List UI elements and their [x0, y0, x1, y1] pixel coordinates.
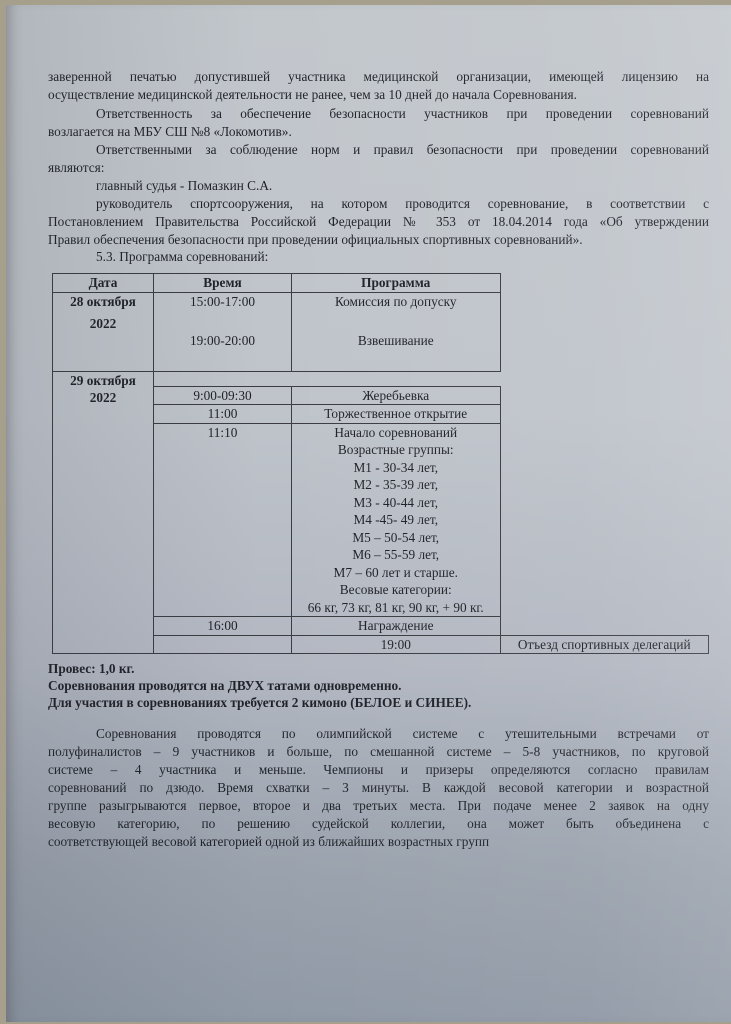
- table-header-row: Дата Время Программа: [53, 274, 709, 293]
- program-line: Возрастные группы:: [294, 441, 498, 459]
- time-value: 15:00-17:00: [156, 293, 289, 311]
- document-page: заверенной печатью допустившей участника…: [6, 5, 731, 1022]
- program-line: Весовые категории:: [294, 581, 498, 599]
- text-line: соответствующей весовой категорией одной…: [48, 833, 709, 850]
- program-cell: Комиссия по допуску Взвешивание: [292, 292, 501, 371]
- program-value: Комиссия по допуску: [294, 293, 498, 311]
- text-line: Ответственность за обеспечение безопасно…: [96, 105, 709, 122]
- age-group: М6 – 55-59 лет,: [294, 546, 498, 564]
- program-cell: Отъезд спортивных делегаций: [500, 635, 709, 654]
- date-day: 28 октября: [55, 293, 151, 311]
- date-day: 29 октября: [55, 372, 151, 390]
- time-cell: 11:10: [154, 423, 292, 617]
- time-cell: 9:00-09:30: [154, 386, 292, 405]
- time-cell: 19:00: [292, 635, 501, 654]
- program-line: Начало соревнований: [294, 424, 498, 442]
- text-line: Правил обеспечения безопасности при пров…: [48, 231, 709, 248]
- time-cell: 15:00-17:00 19:00-20:00: [154, 292, 292, 371]
- program-value: Взвешивание: [294, 332, 498, 350]
- time-cell: 16:00: [154, 617, 292, 636]
- note-line: Соревнования проводятся на ДВУХ татами о…: [48, 677, 401, 694]
- text-line: Ответственными за соблюдение норм и прав…: [96, 141, 709, 158]
- table-row: 28 октября 2022 15:00-17:00 19:00-20:00 …: [53, 292, 709, 371]
- header-time: Время: [154, 274, 292, 293]
- date-cell: 29 октября 2022: [53, 371, 154, 654]
- time-cell: 11:00: [154, 405, 292, 424]
- text-line: соревнований по дзюдо. Время схватки – 3…: [48, 779, 709, 796]
- text-line: Постановлением Правительства Российской …: [48, 213, 709, 230]
- chief-judge-line: главный судья - Помазкин С.А.: [96, 177, 709, 194]
- header-program: Программа: [292, 274, 501, 293]
- text-line: полуфиналистов – 9 участников и больше, …: [48, 743, 709, 760]
- text-line: являются:: [48, 159, 709, 176]
- text-line: группе разыгрываются первое, второе и дв…: [48, 797, 709, 814]
- table-row: 29 октября 2022: [53, 371, 709, 386]
- time-value: 19:00-20:00: [156, 332, 289, 350]
- age-group: М5 – 50-54 лет,: [294, 529, 498, 547]
- date-year: 2022: [55, 315, 151, 333]
- date-cell: 28 октября 2022: [53, 292, 154, 371]
- age-group: М3 - 40-44 лет,: [294, 494, 498, 512]
- program-cell: Начало соревнований Возрастные группы: М…: [292, 423, 501, 617]
- text-line: системе – 4 участника и меньше. Чемпионы…: [48, 761, 709, 778]
- text-line: осуществление медицинской деятельности н…: [48, 86, 709, 103]
- date-year: 2022: [55, 389, 151, 407]
- program-cell: Награждение: [292, 617, 501, 636]
- text-line: руководитель спортсооружения, на котором…: [96, 195, 709, 212]
- text-line: заверенной печатью допустившей участника…: [48, 68, 709, 85]
- text-line: возлагается на МБУ СШ №8 «Локомотив».: [48, 123, 709, 140]
- note-line: Для участия в соревнованиях требуется 2 …: [48, 694, 471, 711]
- text-line: Соревнования проводятся по олимпийской с…: [96, 725, 709, 742]
- program-table: Дата Время Программа 28 октября 2022 15:…: [52, 273, 709, 654]
- text-line: весовую категорию, по решению судейской …: [48, 815, 709, 832]
- date-cell-continued: [154, 635, 292, 654]
- header-date: Дата: [53, 274, 154, 293]
- spacer-cell: [154, 371, 501, 386]
- note-line: Провес: 1,0 кг.: [48, 660, 134, 677]
- age-group: М1 - 30-34 лет,: [294, 459, 498, 477]
- age-group: М4 -45- 49 лет,: [294, 511, 498, 529]
- age-group: М7 – 60 лет и старше.: [294, 564, 498, 582]
- section-heading: 5.3. Программа соревнований:: [96, 248, 709, 265]
- weight-categories: 66 кг, 73 кг, 81 кг, 90 кг, + 90 кг.: [294, 599, 498, 617]
- program-cell: Торжественное открытие: [292, 405, 501, 424]
- age-group: М2 - 35-39 лет,: [294, 476, 498, 494]
- program-cell: Жеребьевка: [292, 386, 501, 405]
